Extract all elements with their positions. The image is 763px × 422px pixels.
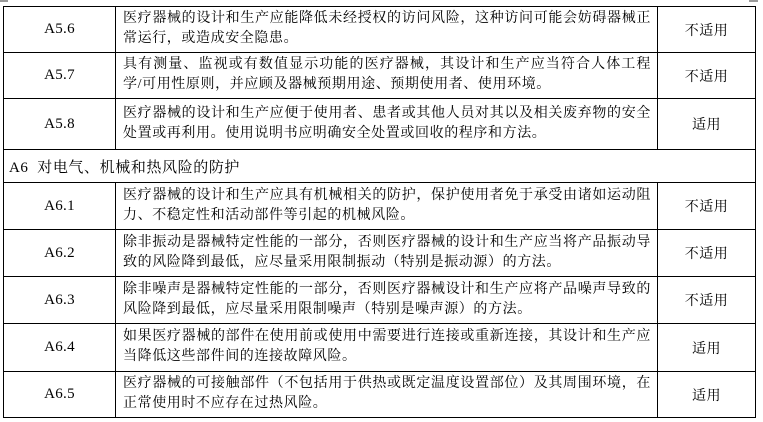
applicability-cell: 不适用 bbox=[658, 277, 756, 324]
requirement-text-cell: 医疗器械的设计和生产应能降低未经授权的访问风险，这种访问可能会妨碍器械正常运行，… bbox=[116, 7, 658, 53]
clause-id-cell: A6.3 bbox=[4, 277, 116, 324]
table-row: A5.7具有测量、监视或有数值显示功能的医疗器械，其设计和生产应当符合人体工程学… bbox=[4, 53, 756, 99]
clause-id-cell: A5.6 bbox=[4, 7, 116, 53]
clause-id-cell: A6.5 bbox=[4, 372, 116, 418]
table-row: A6.1医疗器械的设计和生产应具有机械相关的防护，保护使用者免于承受由诸如运动阻… bbox=[4, 183, 756, 230]
table-row: A5.6医疗器械的设计和生产应能降低未经授权的访问风险，这种访问可能会妨碍器械正… bbox=[4, 7, 756, 53]
requirement-text-cell: 医疗器械的设计和生产应便于使用者、患者或其他人员对其以及相关废弃物的安全处置或再… bbox=[116, 99, 658, 150]
requirements-checklist-table: A5.6医疗器械的设计和生产应能降低未经授权的访问风险，这种访问可能会妨碍器械正… bbox=[3, 6, 756, 418]
clause-id-cell: A5.7 bbox=[4, 53, 116, 99]
table-row: A6.5医疗器械的可接触部件（不包括用于供热或既定温度设置部位）及其周围环境，在… bbox=[4, 372, 756, 418]
cutoff-remnant-left bbox=[0, 0, 8, 2]
applicability-cell: 适用 bbox=[658, 372, 756, 418]
table-row: A6.4如果医疗器械的部件在使用前或使用中需要进行连接或重新连接，其设计和生产应… bbox=[4, 324, 756, 372]
table-body: A5.6医疗器械的设计和生产应能降低未经授权的访问风险，这种访问可能会妨碍器械正… bbox=[4, 7, 756, 418]
requirement-text-cell: 如果医疗器械的部件在使用前或使用中需要进行连接或重新连接，其设计和生产应当降低这… bbox=[116, 324, 658, 372]
applicability-cell: 不适用 bbox=[658, 53, 756, 99]
table-row: A6.3除非噪声是器械特定性能的一部分，否则医疗器械设计和生产应将产品噪声导致的… bbox=[4, 277, 756, 324]
table-row: A6.2除非振动是器械特定性能的一部分，否则医疗器械的设计和生产应当将产品振动导… bbox=[4, 230, 756, 277]
requirement-text-cell: 除非噪声是器械特定性能的一部分，否则医疗器械设计和生产应将产品噪声导致的风险降到… bbox=[116, 277, 658, 324]
table-row: A5.8医疗器械的设计和生产应便于使用者、患者或其他人员对其以及相关废弃物的安全… bbox=[4, 99, 756, 150]
clause-id-cell: A6.2 bbox=[4, 230, 116, 277]
applicability-cell: 不适用 bbox=[658, 183, 756, 230]
section-header-row: A6 对电气、机械和热风险的防护 bbox=[4, 150, 756, 183]
requirement-text-cell: 医疗器械的可接触部件（不包括用于供热或既定温度设置部位）及其周围环境，在正常使用… bbox=[116, 372, 658, 418]
section-header-label: A6 对电气、机械和热风险的防护 bbox=[4, 150, 756, 183]
requirement-text-cell: 医疗器械的设计和生产应具有机械相关的防护，保护使用者免于承受由诸如运动阻力、不稳… bbox=[116, 183, 658, 230]
document-page: A5.6医疗器械的设计和生产应能降低未经授权的访问风险，这种访问可能会妨碍器械正… bbox=[0, 0, 763, 422]
clause-id-cell: A6.1 bbox=[4, 183, 116, 230]
clause-id-cell: A6.4 bbox=[4, 324, 116, 372]
requirement-text-cell: 除非振动是器械特定性能的一部分，否则医疗器械的设计和生产应当将产品振动导致的风险… bbox=[116, 230, 658, 277]
requirement-text-cell: 具有测量、监视或有数值显示功能的医疗器械，其设计和生产应当符合人体工程学/可用性… bbox=[116, 53, 658, 99]
applicability-cell: 适用 bbox=[658, 324, 756, 372]
applicability-cell: 不适用 bbox=[658, 230, 756, 277]
cutoff-remnant-right bbox=[749, 0, 758, 2]
applicability-cell: 适用 bbox=[658, 99, 756, 150]
applicability-cell: 不适用 bbox=[658, 7, 756, 53]
clause-id-cell: A5.8 bbox=[4, 99, 116, 150]
